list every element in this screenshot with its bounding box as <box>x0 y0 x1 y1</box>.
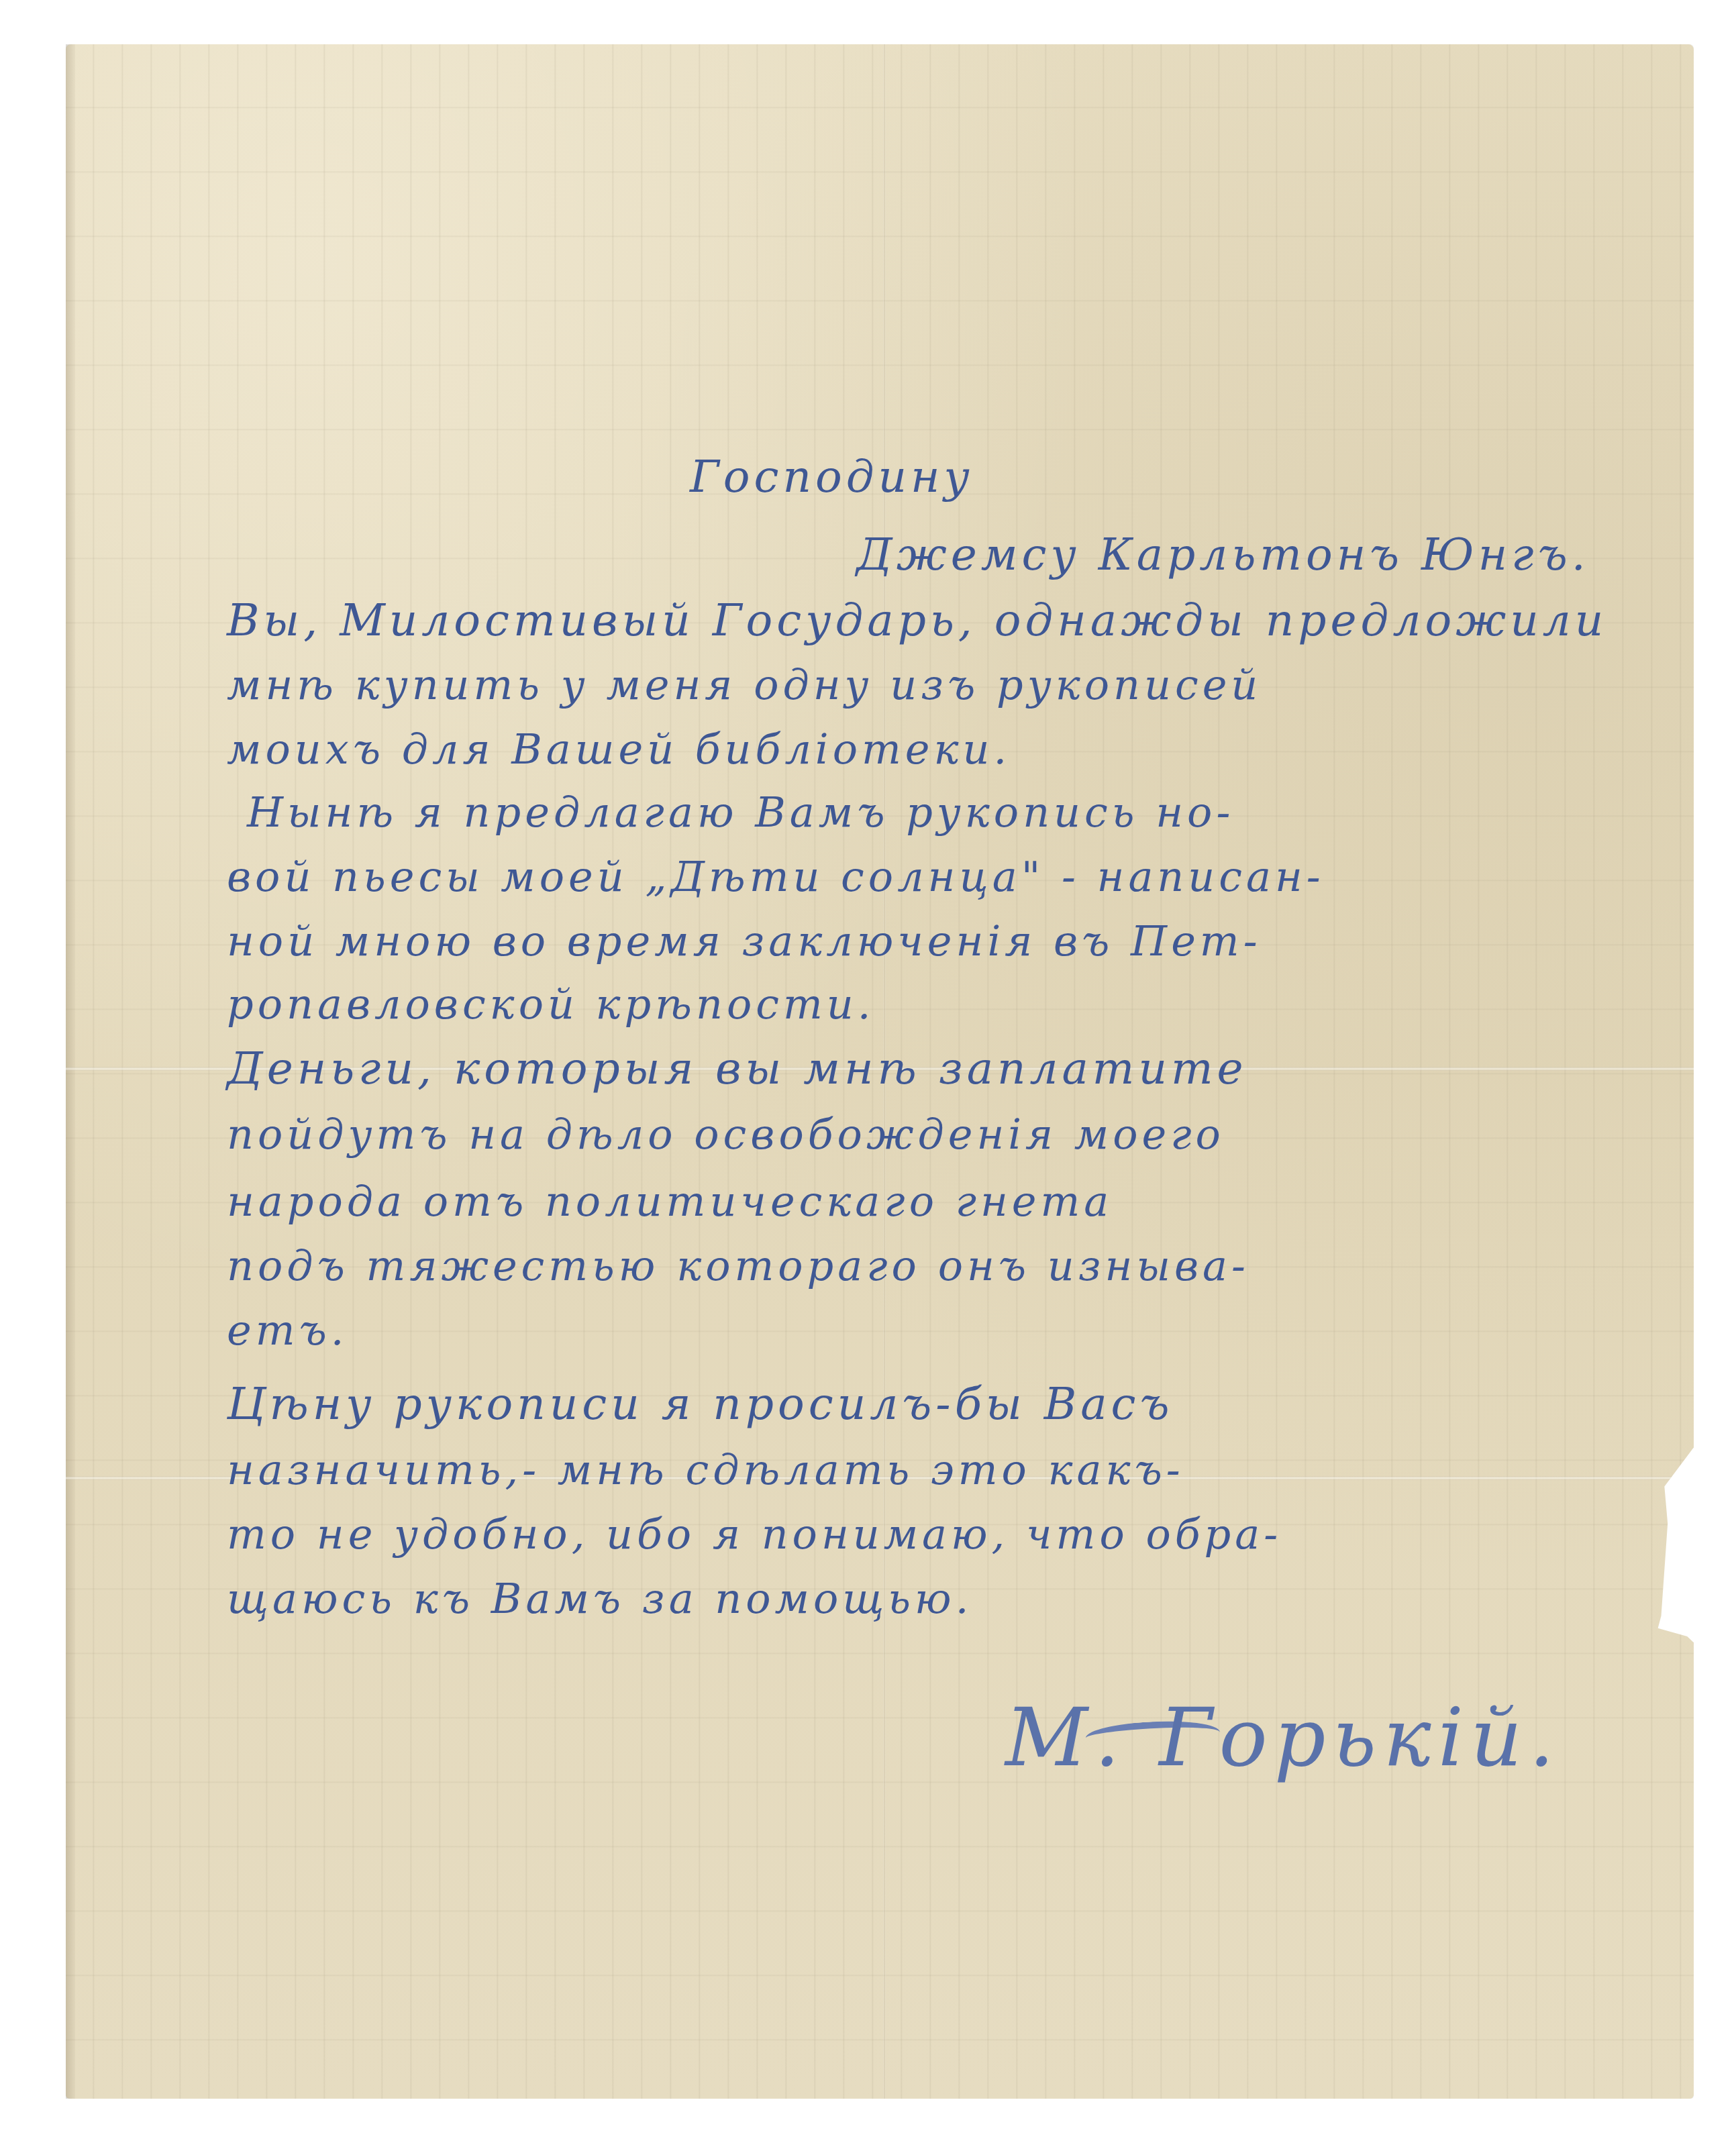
body-line-3: моихъ для Вашей библіотеки. <box>227 729 1011 770</box>
body-line-7: ропавловской крѣпости. <box>227 984 874 1025</box>
letter-paper: Господину Джемсу Карльтонъ Юнгъ. Вы, Мил… <box>66 44 1694 2099</box>
salutation-line-1: Господину <box>690 455 974 499</box>
body-line-16: щаюсь къ Вамъ за помощью. <box>227 1578 972 1620</box>
body-line-14: назначить,- мнѣ сдѣлать это какъ- <box>227 1449 1184 1491</box>
salutation-line-2: Джемсу Карльтонъ Юнгъ. <box>856 533 1590 577</box>
body-line-4: Нынѣ я предлагаю Вамъ рукопись но- <box>247 792 1234 833</box>
body-line-1: Вы, Милостивый Государь, однажды предлож… <box>227 598 1607 643</box>
signature: М. Горькій. <box>1005 1691 1561 1785</box>
body-line-9: пойдутъ на дѣло освобожденія моего <box>227 1114 1225 1155</box>
paper-left-edge <box>66 44 75 2099</box>
body-line-11: подъ тяжестью котораго онъ изныва- <box>227 1245 1249 1287</box>
body-line-2: мнѣ купить у меня одну изъ рукописей <box>227 664 1262 706</box>
body-line-5: вой пьесы моей „Дѣти солнца" - написан- <box>227 856 1325 898</box>
body-line-12: етъ. <box>227 1310 348 1351</box>
body-line-6: ной мною во время заключенія въ Пет- <box>227 921 1262 962</box>
ink-spot <box>56 1358 66 1361</box>
body-line-10: народа отъ политическаго гнета <box>227 1181 1113 1222</box>
body-line-13: Цѣну рукописи я просилъ-бы Васъ <box>227 1382 1173 1426</box>
body-line-15: то не удобно, ибо я понимаю, что обра- <box>227 1514 1282 1555</box>
body-line-8: Деньги, которыя вы мнѣ заплатите <box>227 1047 1247 1091</box>
